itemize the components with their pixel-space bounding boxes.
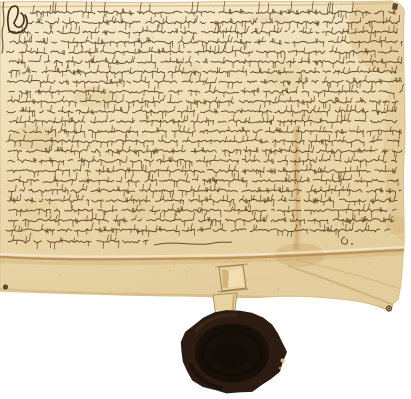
- parchment-charter: Photograph of a medieval parchment chart…: [0, 0, 411, 399]
- seal-fleck-small: [279, 367, 281, 369]
- seal-center: [212, 342, 248, 368]
- seal-fleck: [281, 359, 285, 363]
- wax-seal: [183, 312, 285, 391]
- corner-mark: [392, 3, 398, 10]
- manuscript-photo: Photograph of a medieval parchment chart…: [0, 0, 411, 399]
- flourish-dot: [351, 243, 353, 245]
- corner-hole: [387, 306, 392, 311]
- vertical-crease-line: [296, 126, 297, 250]
- left-edge-dot: [3, 284, 8, 289]
